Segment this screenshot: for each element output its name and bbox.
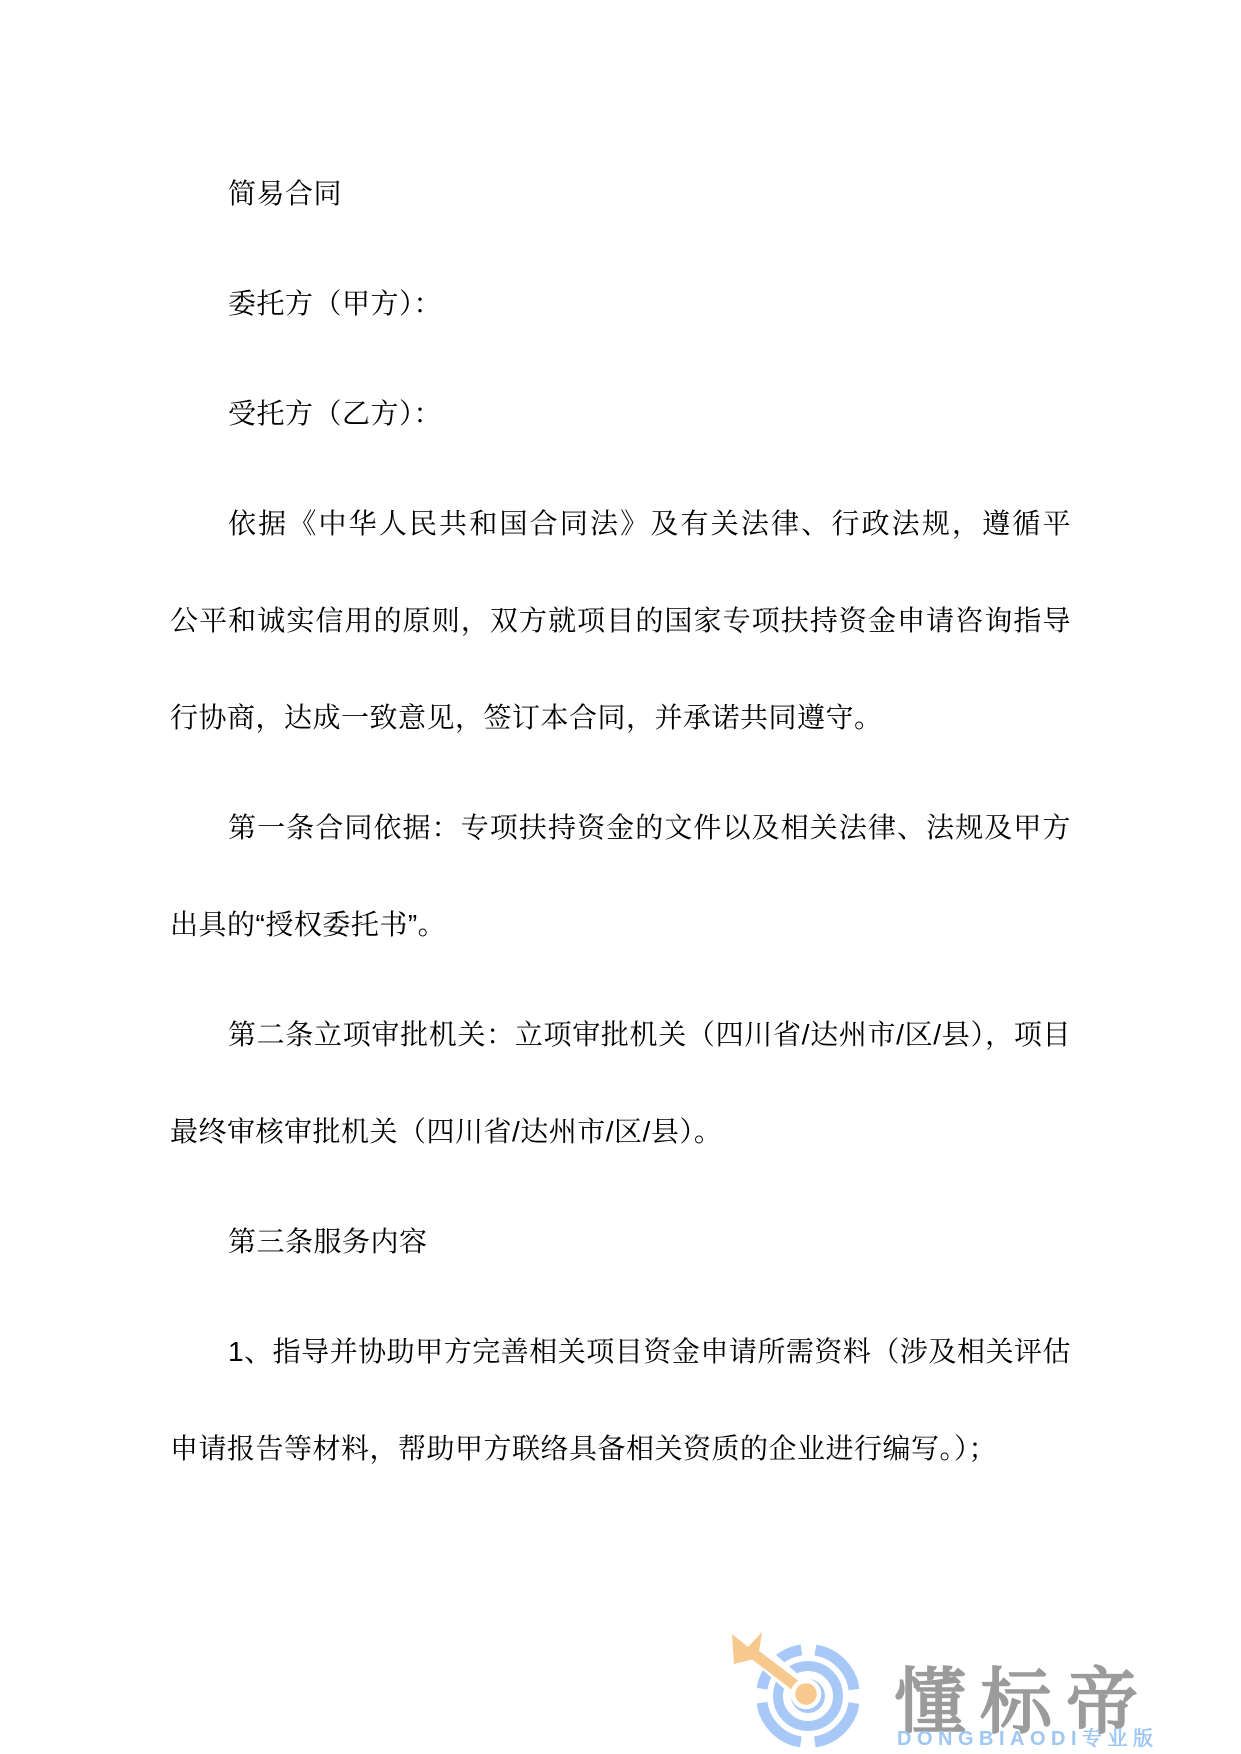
text-line: 出具的“授权委托书”。 (170, 876, 1071, 973)
text-line: 第三条服务内容 (170, 1193, 1071, 1290)
brand-suffix: 专业版 (1082, 1728, 1159, 1750)
text-line: 简易合同 (170, 145, 1071, 242)
text-line: 委托方（甲方）： (170, 255, 1071, 352)
paragraph: 受托方（乙方）： (170, 365, 1071, 462)
paragraph: 第三条服务内容 (170, 1193, 1071, 1290)
paragraph: 简易合同 (170, 145, 1071, 242)
paragraph: 1、指导并协助甲方完善相关项目资金申请所需资料（涉及相关评估及资金申请报告等材料… (170, 1303, 1071, 1497)
text-line: 1、指导并协助甲方完善相关项目资金申请所需资料（涉及相关评估及资金 (170, 1303, 1071, 1400)
contract-body: 简易合同委托方（甲方）：受托方（乙方）：依据《中华人民共和国合同法》及有关法律、… (170, 145, 1071, 1510)
paragraph: 第二条立项审批机关：立项审批机关（四川省/达州市/区/县），项目资金最终审核审批… (170, 986, 1071, 1180)
paragraph: 第一条合同依据：专项扶持资金的文件以及相关法律、法规及甲方向乙方出具的“授权委托… (170, 779, 1071, 973)
paragraph: 依据《中华人民共和国合同法》及有关法律、行政法规，遵循平等、自愿、公平和诚实信用… (170, 475, 1071, 766)
watermark: 懂标帝 DONGBIAODI专业版 (732, 1630, 1192, 1754)
text-line: 依据《中华人民共和国合同法》及有关法律、行政法规，遵循平等、自愿、 (170, 475, 1071, 572)
text-line: 申请报告等材料，帮助甲方联络具备相关资质的企业进行编写。）； (170, 1400, 1071, 1497)
contract-page: 简易合同委托方（甲方）：受托方（乙方）：依据《中华人民共和国合同法》及有关法律、… (0, 0, 1241, 1754)
text-line: 第一条合同依据：专项扶持资金的文件以及相关法律、法规及甲方向乙方 (170, 779, 1071, 876)
text-line: 第二条立项审批机关：立项审批机关（四川省/达州市/区/县），项目资金 (170, 986, 1071, 1083)
text-line: 公平和诚实信用的原则，双方就项目的国家专项扶持资金申请咨询指导服务进 (170, 572, 1071, 669)
brand-subtitle: DONGBIAODI专业版 (897, 1722, 1159, 1751)
target-bullseye-arrow-icon (732, 1630, 862, 1752)
text-line: 行协商，达成一致意见，签订本合同，并承诺共同遵守。 (170, 669, 1071, 766)
brand-name-en: DONGBIAODI (897, 1728, 1082, 1750)
paragraph: 委托方（甲方）： (170, 255, 1071, 352)
text-line: 受托方（乙方）： (170, 365, 1071, 462)
text-line: 最终审核审批机关（四川省/达州市/区/县）。 (170, 1083, 1071, 1180)
